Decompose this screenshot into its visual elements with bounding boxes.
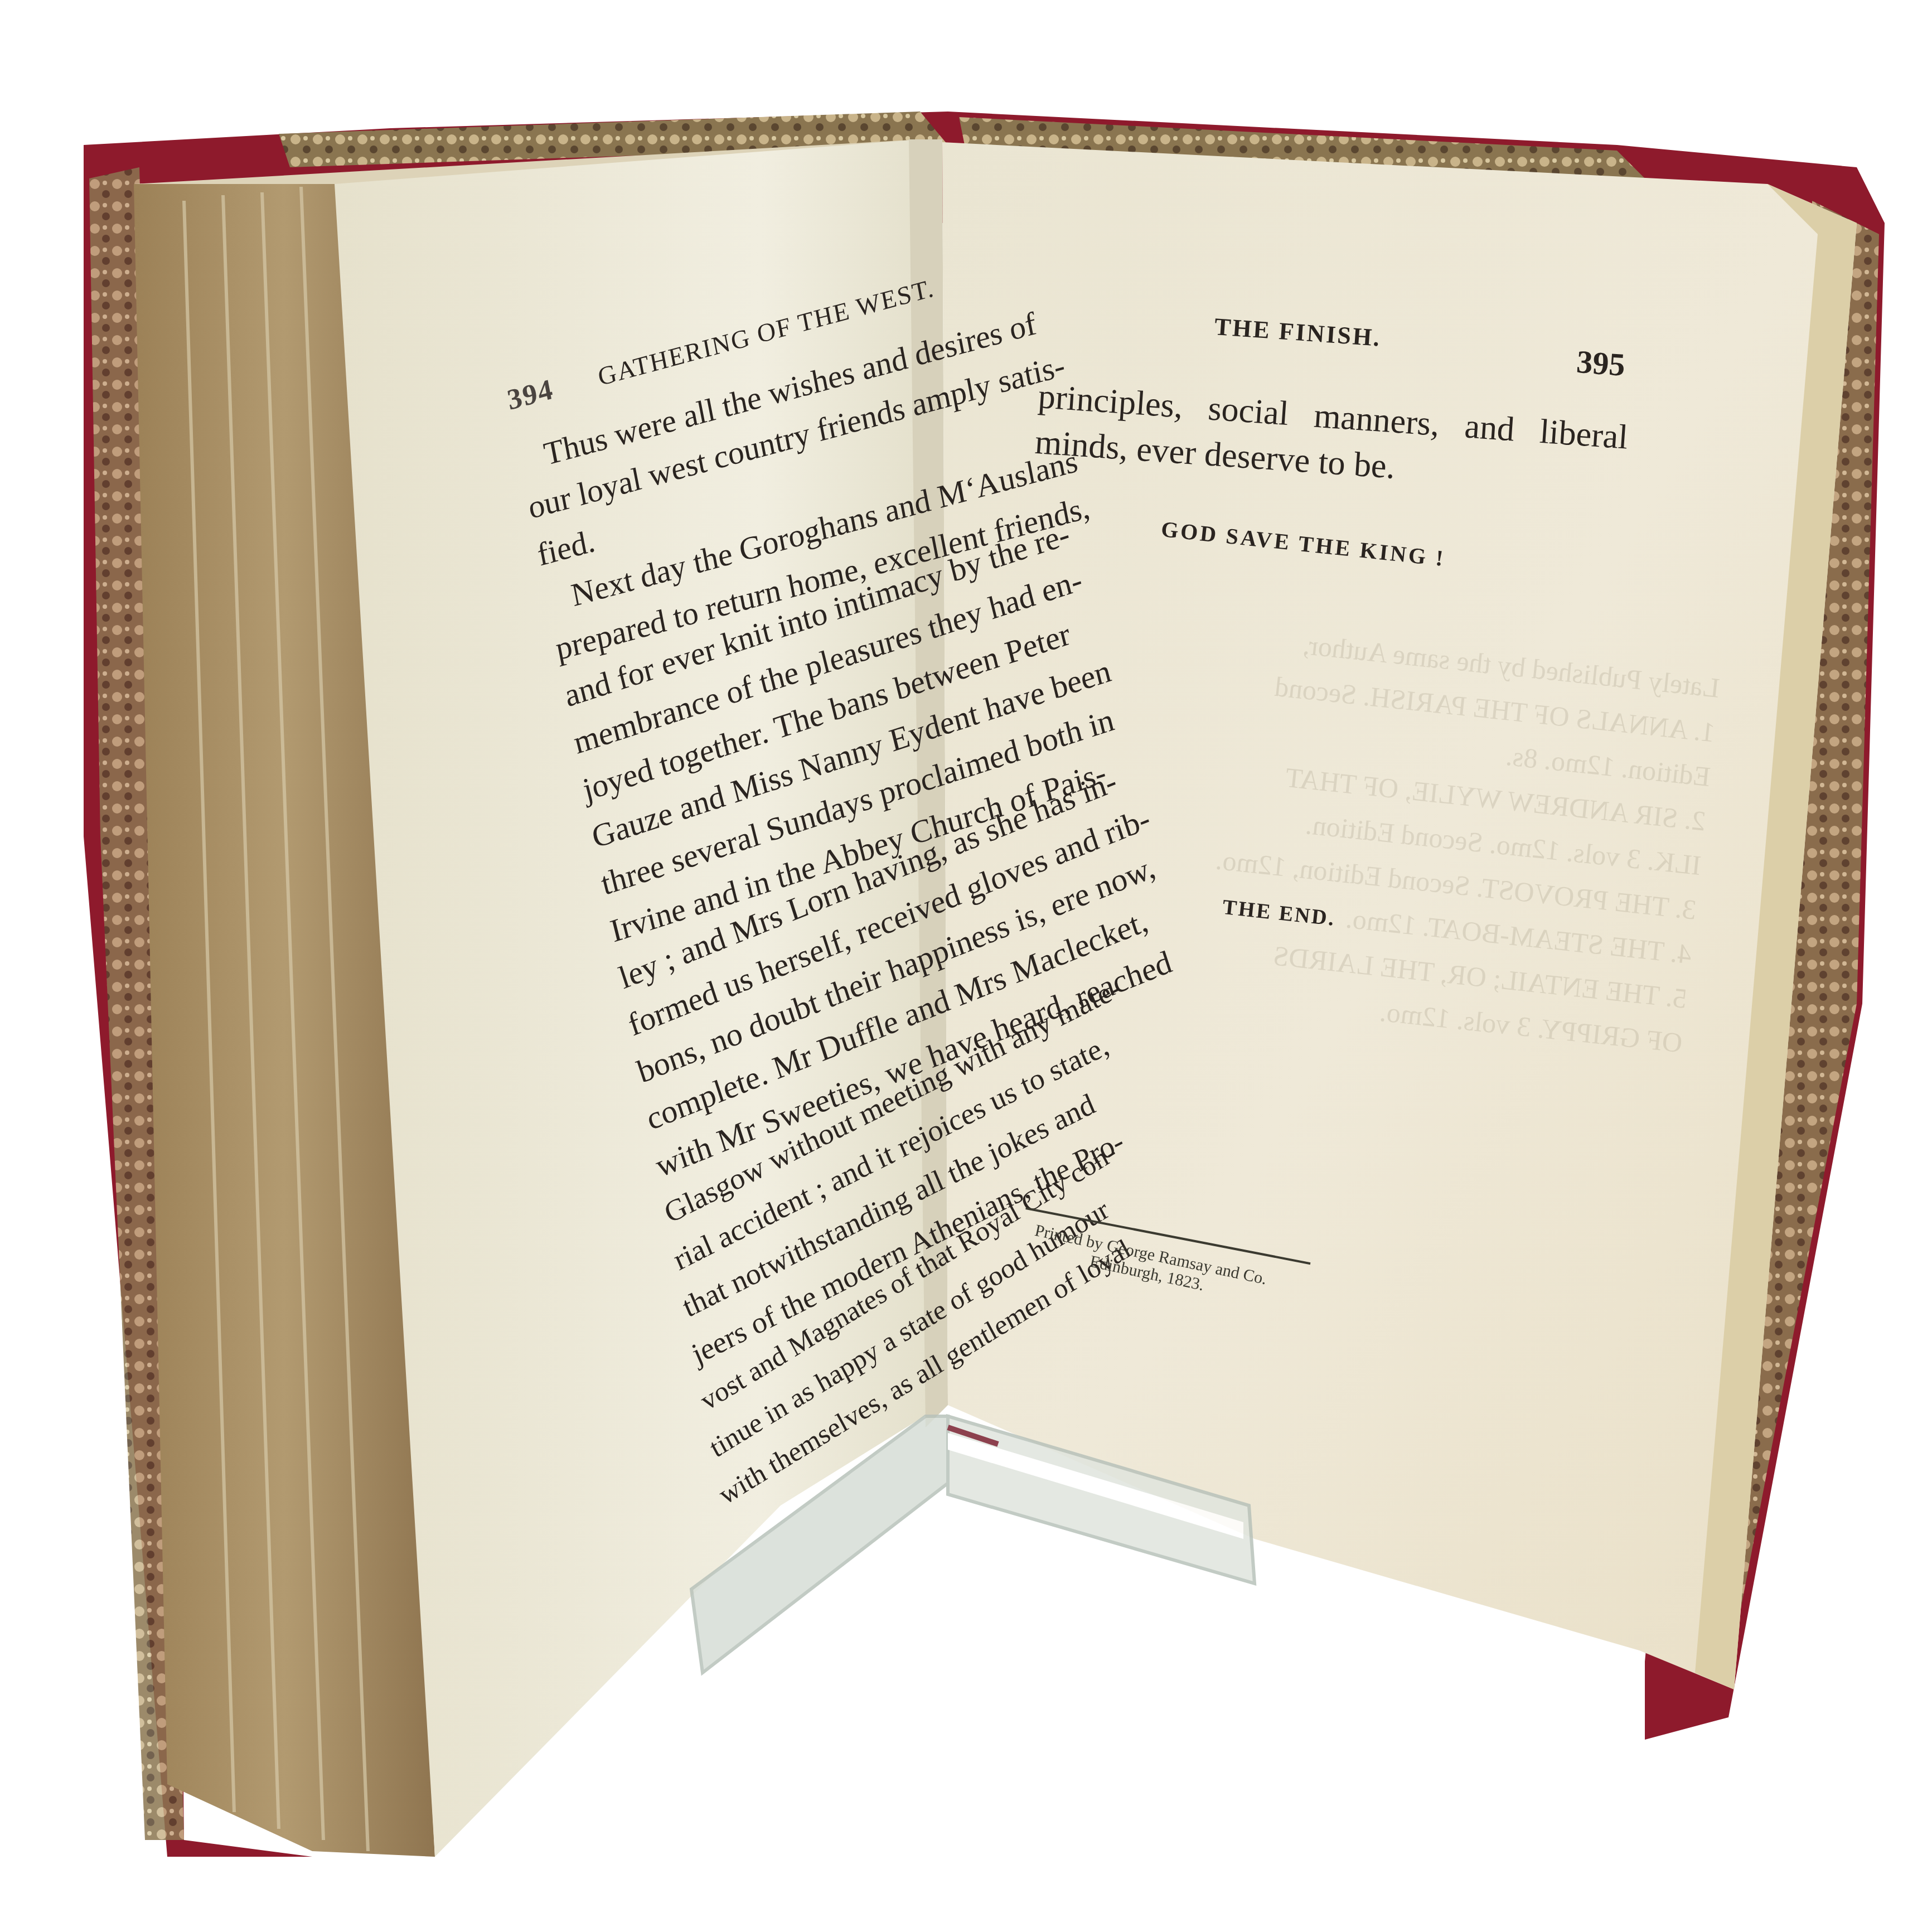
show-through-text: Lately Published by the same Author, 1. … bbox=[1199, 616, 1722, 1066]
right-page-number: 395 bbox=[1575, 343, 1626, 384]
book-photo: 394 GATHERING OF THE WEST. Thus were all… bbox=[0, 0, 1932, 1932]
